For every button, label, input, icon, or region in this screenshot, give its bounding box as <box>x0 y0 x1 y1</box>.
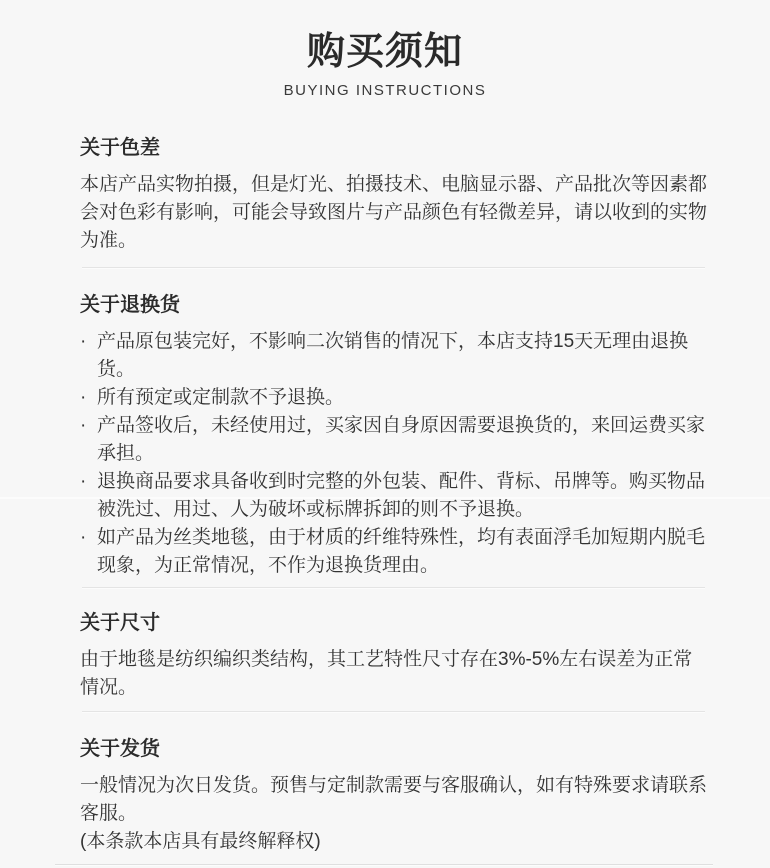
page-header: 购买须知 BUYING INSTRUCTIONS <box>0 30 770 100</box>
bottom-divider <box>55 864 713 866</box>
section-heading-color-difference: 关于色差 <box>80 136 707 161</box>
bullet-dot: · <box>80 524 97 580</box>
paragraph-size: 由于地毯是纺织编织类结构，其工艺特性尺寸存在3%-5%左右误差为正常情况。 <box>80 646 707 702</box>
bullet-dot: · <box>80 412 97 468</box>
section-divider <box>82 587 705 589</box>
page-subtitle: BUYING INSTRUCTIONS <box>0 82 770 100</box>
section-heading-size: 关于尺寸 <box>80 611 707 636</box>
section-heading-returns: 关于退换货 <box>80 293 707 318</box>
bullet-item: · 产品签收后，未经使用过，买家因自身原因需要退换货的，来回运费买家承担。 <box>80 412 707 468</box>
final-interpretation-note: (本条款本店具有最终解释权) <box>80 828 707 856</box>
returns-bullet-list: · 产品原包装完好，不影响二次销售的情况下，本店支持15天无理由退换货。 · 所… <box>80 328 707 580</box>
bullet-dot: · <box>80 384 97 412</box>
paragraph-color-difference: 本店产品实物拍摄，但是灯光、拍摄技术、电脑显示器、产品批次等因素都会对色彩有影响… <box>80 171 707 255</box>
bullet-item: · 如产品为丝类地毯，由于材质的纤维特殊性，均有表面浮毛加短期内脱毛现象，为正常… <box>80 524 707 580</box>
paragraph-shipping: 一般情况为次日发货。预售与定制款需要与客服确认，如有特殊要求请联系客服。 <box>80 772 707 828</box>
section-divider <box>82 711 705 713</box>
section-color-difference: 关于色差 本店产品实物拍摄，但是灯光、拍摄技术、电脑显示器、产品批次等因素都会对… <box>80 136 707 255</box>
page-title: 购买须知 <box>0 30 770 74</box>
buying-instructions-page: 购买须知 BUYING INSTRUCTIONS 关于色差 本店产品实物拍摄，但… <box>0 0 770 868</box>
section-heading-shipping: 关于发货 <box>80 737 707 762</box>
bullet-dot: · <box>80 328 97 384</box>
bullet-text: 如产品为丝类地毯，由于材质的纤维特殊性，均有表面浮毛加短期内脱毛现象，为正常情况… <box>97 524 707 580</box>
section-returns: 关于退换货 · 产品原包装完好，不影响二次销售的情况下，本店支持15天无理由退换… <box>80 293 707 580</box>
section-shipping: 关于发货 一般情况为次日发货。预售与定制款需要与客服确认，如有特殊要求请联系客服… <box>80 737 707 856</box>
section-divider <box>82 267 705 269</box>
bullet-text: 所有预定或定制款不予退换。 <box>97 384 707 412</box>
bullet-text: 产品签收后，未经使用过，买家因自身原因需要退换货的，来回运费买家承担。 <box>97 412 707 468</box>
bullet-item: · 产品原包装完好，不影响二次销售的情况下，本店支持15天无理由退换货。 <box>80 328 707 384</box>
bullet-item: · 所有预定或定制款不予退换。 <box>80 384 707 412</box>
bullet-text: 产品原包装完好，不影响二次销售的情况下，本店支持15天无理由退换货。 <box>97 328 707 384</box>
bullet-item: · 退换商品要求具备收到时完整的外包装、配件、背标、吊牌等。购买物品 被洗过、用… <box>80 468 707 524</box>
bullet-dot: · <box>80 468 97 524</box>
bullet-text: 退换商品要求具备收到时完整的外包装、配件、背标、吊牌等。购买物品 被洗过、用过、… <box>97 468 707 524</box>
section-size: 关于尺寸 由于地毯是纺织编织类结构，其工艺特性尺寸存在3%-5%左右误差为正常情… <box>80 611 707 702</box>
